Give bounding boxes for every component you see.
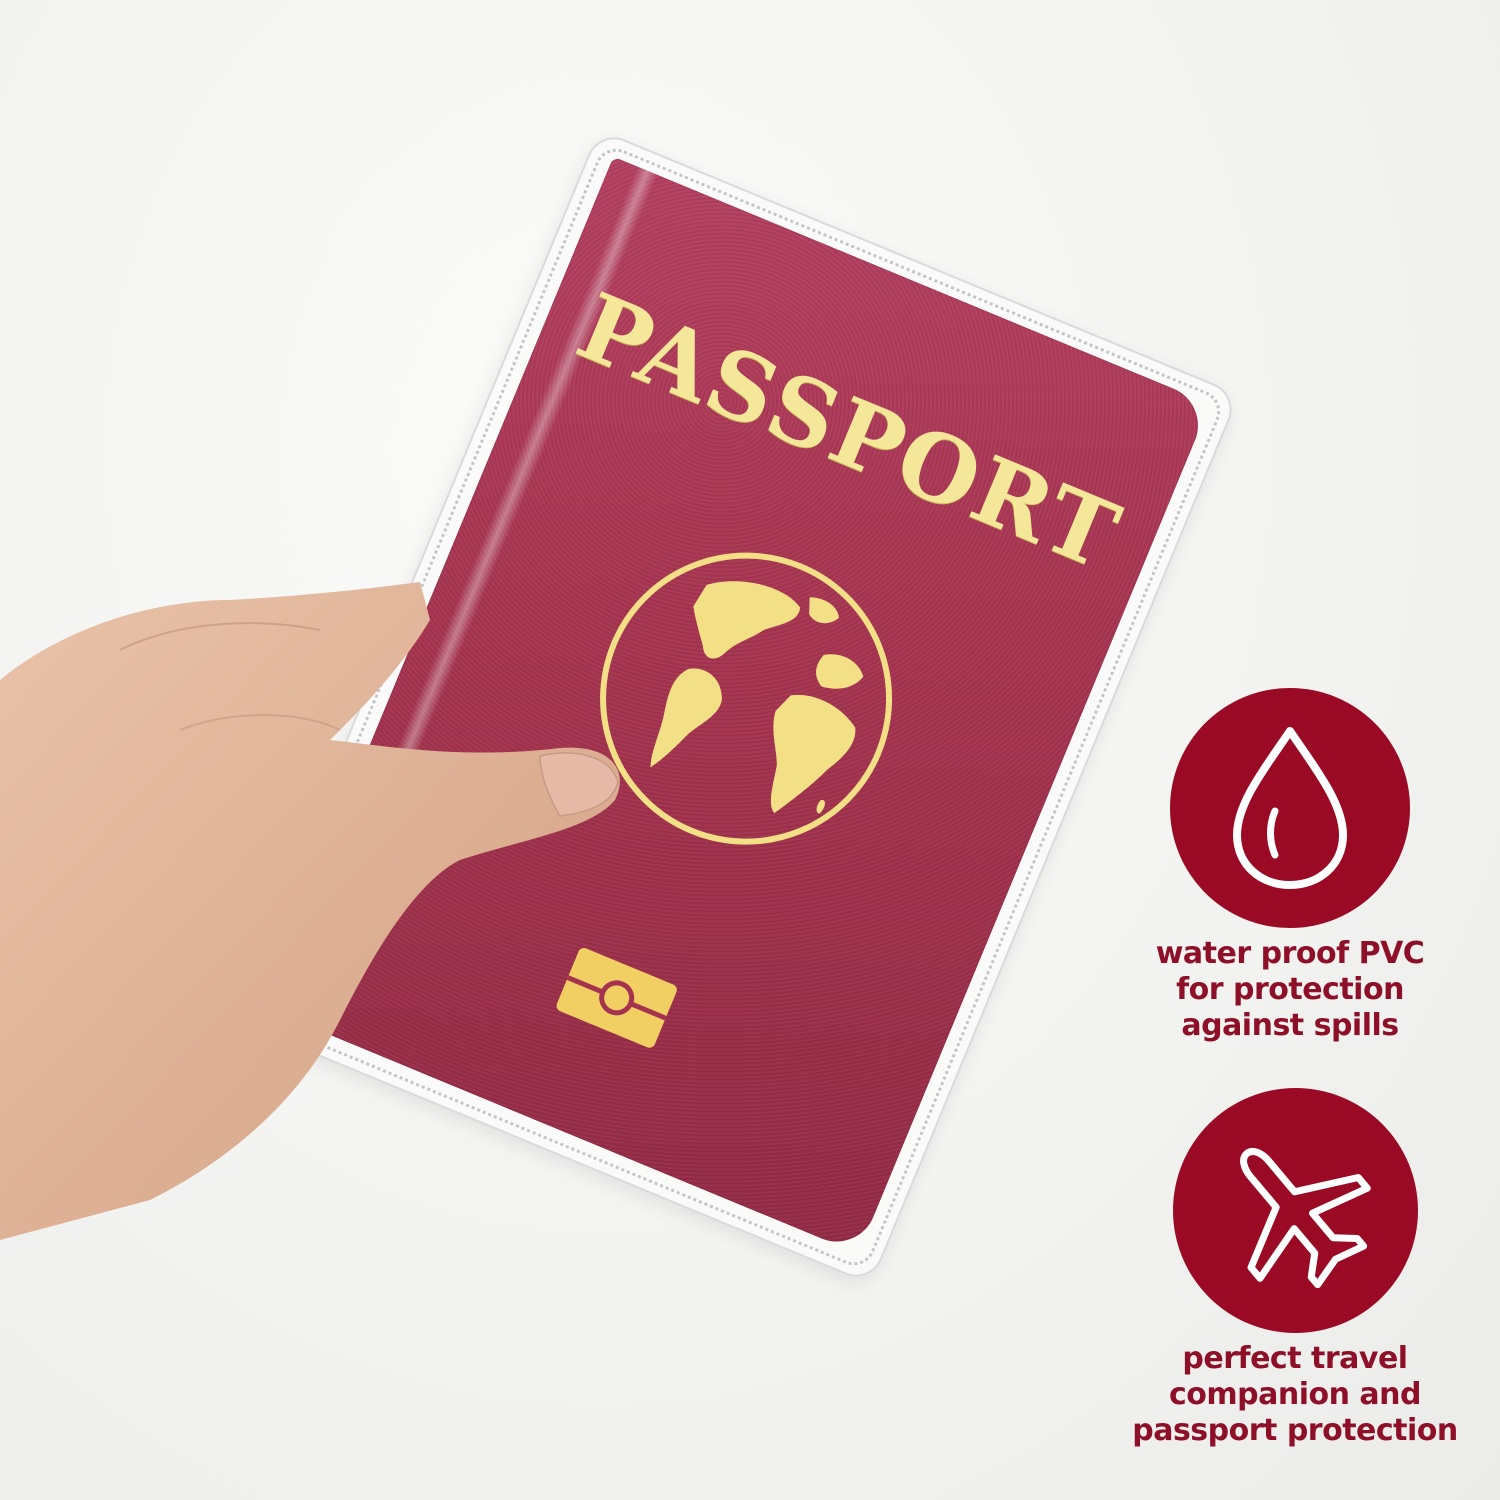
feature-caption: perfect travel companion and passport pr… [1110,1341,1480,1449]
feature-badge [1173,1088,1418,1333]
passport-title: PASSPORT [530,258,1168,605]
feature-travel: perfect travel companion and passport pr… [1110,1088,1480,1449]
feature-caption: water proof PVC for protection against s… [1135,936,1445,1044]
water-drop-icon [1225,723,1355,893]
hand-holding-passport [0,560,700,1260]
feature-waterproof: water proof PVC for protection against s… [1135,688,1445,1044]
feature-badge [1170,688,1410,928]
airplane-icon [1210,1126,1380,1296]
product-image: PASSPORT [0,0,1500,1500]
